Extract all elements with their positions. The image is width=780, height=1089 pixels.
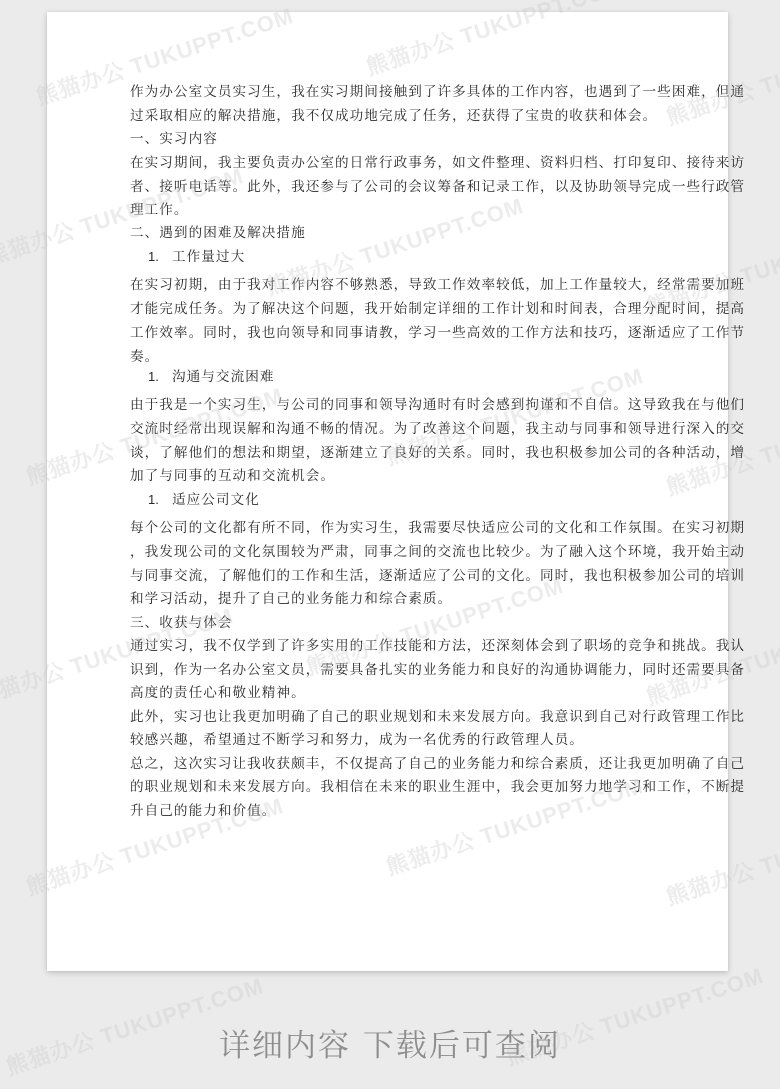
section-heading: 一、实习内容 <box>130 130 640 148</box>
paragraph-line: 加了与同事的互动和交流机会。 <box>130 467 640 485</box>
item-text: 工作量过大 <box>172 249 245 265</box>
paragraph-line: 由于我是一个实习生，与公司的同事和领导沟通时有时会感到拘谨和不自信。这导致我在与… <box>130 396 640 414</box>
paragraph-line: 在实习初期，由于我对工作内容不够熟悉，导致工作效率较低，加上工作量较大，经常需要… <box>130 276 640 294</box>
item-text: 适应公司文化 <box>172 492 260 508</box>
paragraph-line: 者、接听电话等。此外，我还参与了公司的会议筹备和记录工作，以及协助领导完成一些行… <box>130 178 640 196</box>
paragraph-line: 和学习活动，提升了自己的业务能力和综合素质。 <box>130 590 640 608</box>
paragraph-line: 升自己的能力和价值。 <box>130 802 640 820</box>
item-number: 1. <box>148 248 172 266</box>
section-heading: 二、遇到的困难及解决措施 <box>130 224 640 242</box>
paragraph-line: 高度的责任心和敬业精神。 <box>130 684 640 702</box>
section-heading: 三、收获与体会 <box>130 614 640 632</box>
paragraph-line: 较感兴趣，希望通过不断学习和努力，成为一名优秀的行政管理人员。 <box>130 731 640 749</box>
item-number: 1. <box>148 368 172 386</box>
paragraph-line: 在实习期间，我主要负责办公室的日常行政事务，如文件整理、资料归档、打印复印、接待… <box>130 154 640 172</box>
paragraph-line: 才能完成任务。为了解决这个问题，我开始制定详细的工作计划和时间表，合理分配时间，… <box>130 300 640 318</box>
paragraph-line: 过采取相应的解决措施，我不仅成功地完成了任务，还获得了宝贵的收获和体会。 <box>130 107 640 125</box>
numbered-item: 1.沟通与交流困难 <box>148 368 658 386</box>
paragraph-line: 奏。 <box>130 348 640 366</box>
paragraph-line: 识到，作为一名办公室文员，需要具备扎实的业务能力和良好的沟通协调能力，同时还需要… <box>130 661 640 679</box>
paragraph-line: 与同事交流，了解他们的工作和生活，逐渐适应了公司的文化。同时，我也积极参加公司的… <box>130 567 640 585</box>
paragraph-line: 此外，实习也让我更加明确了自己的职业规划和未来发展方向。我意识到自己对行政管理工… <box>130 708 640 726</box>
paragraph-line: 通过实习，我不仅学到了许多实用的工作技能和方法，还深刻体会到了职场的竞争和挑战。… <box>130 637 640 655</box>
paragraph-line: 的职业规划和未来发展方向。我相信在未来的职业生涯中，我会更加努力地学习和工作，不… <box>130 778 640 796</box>
paragraph-line: ，我发现公司的文化氛围较为严肃，同事之间的交流也比较少。为了融入这个环境，我开始… <box>130 543 640 561</box>
paragraph-line: 交流时经常出现误解和沟通不畅的情况。为了改善这个问题，我主动与同事和领导进行深入… <box>130 420 640 438</box>
numbered-item: 1.工作量过大 <box>148 248 658 266</box>
item-text: 沟通与交流困难 <box>172 369 275 385</box>
paragraph-line: 理工作。 <box>130 201 640 219</box>
numbered-item: 1.适应公司文化 <box>148 491 658 509</box>
paragraph-line: 作为办公室文员实习生，我在实习期间接触到了许多具体的工作内容，也遇到了一些困难，… <box>130 83 640 101</box>
paragraph-line: 每个公司的文化都有所不同，作为实习生，我需要尽快适应公司的文化和工作氛围。在实习… <box>130 519 640 537</box>
download-prompt: 详细内容 下载后可查阅 <box>0 1020 780 1065</box>
paragraph-line: 谈，了解他们的想法和期望，逐渐建立了良好的关系。同时，我也积极参加公司的各种活动… <box>130 444 640 462</box>
item-number: 1. <box>148 491 172 509</box>
document-page: 作为办公室文员实习生，我在实习期间接触到了许多具体的工作内容，也遇到了一些困难，… <box>47 12 728 971</box>
paragraph-line: 工作效率。同时，我也向领导和同事请教，学习一些高效的工作方法和技巧，逐渐适应了工… <box>130 324 640 342</box>
paragraph-line: 总之，这次实习让我收获颇丰，不仅提高了自己的业务能力和综合素质，还让我更加明确了… <box>130 755 640 773</box>
